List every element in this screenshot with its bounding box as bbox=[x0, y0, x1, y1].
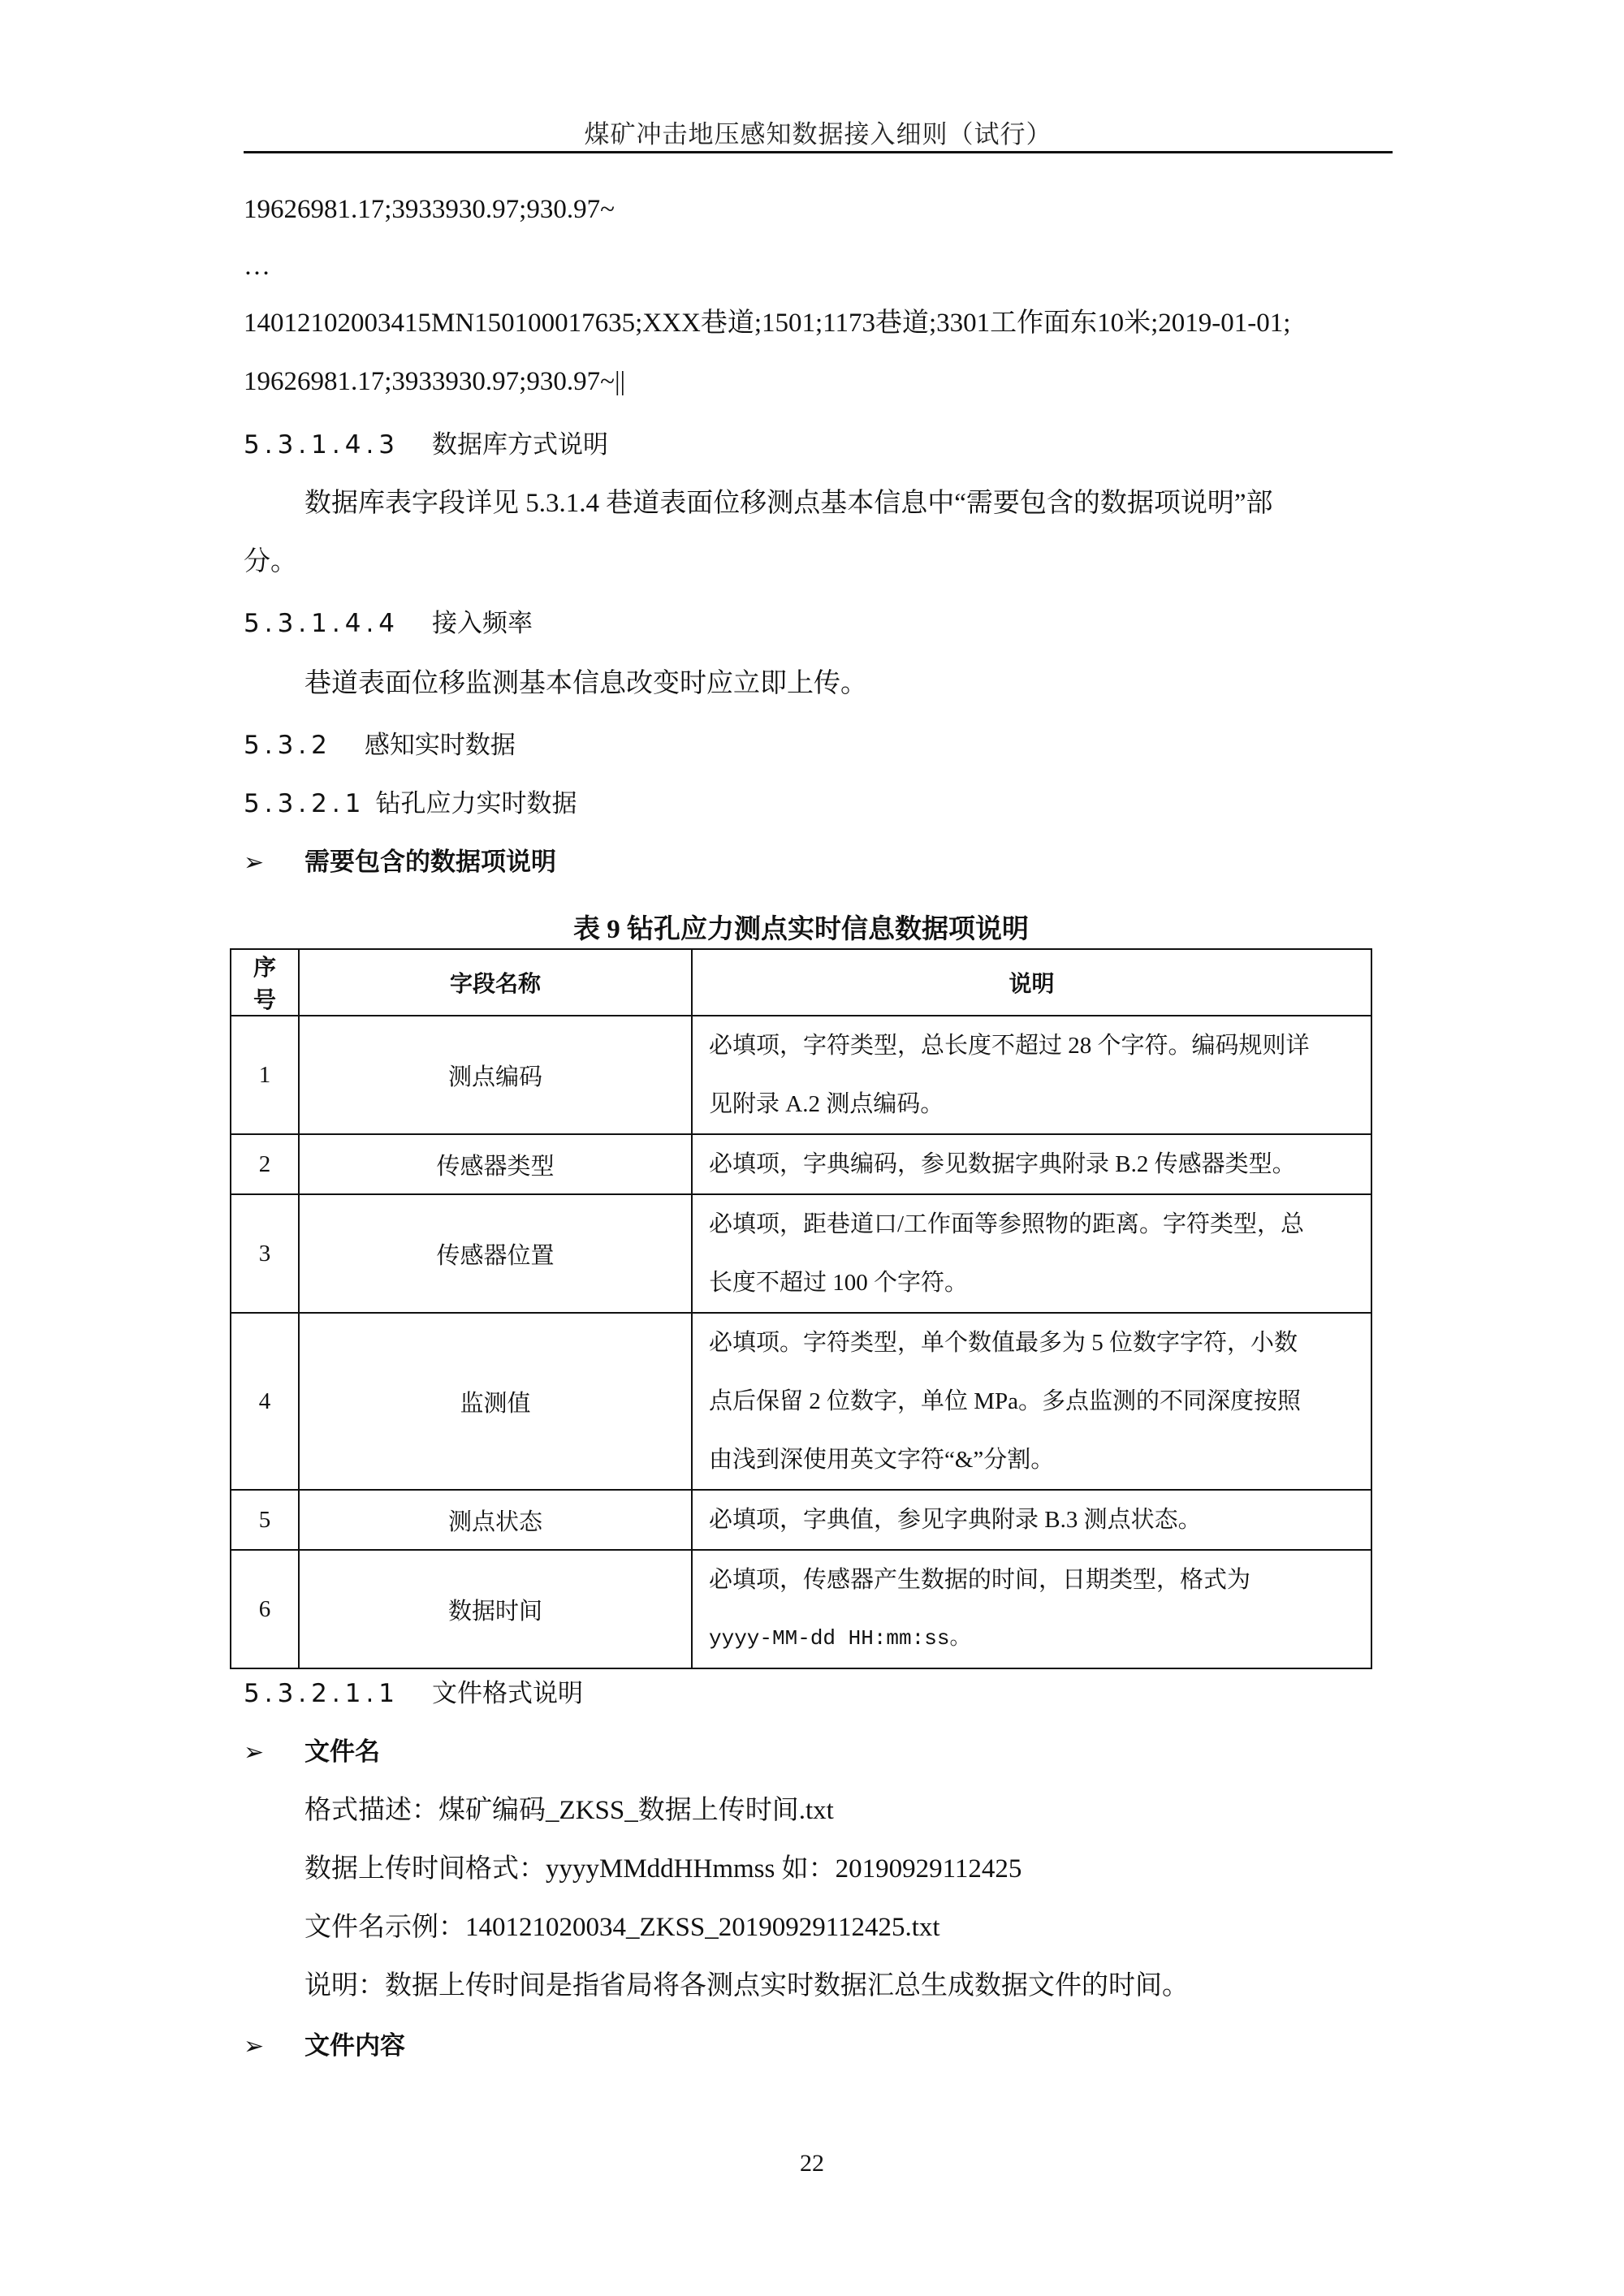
desc-line: 必填项，字符类型，总长度不超过 28 个字符。编码规则详 bbox=[709, 1016, 1354, 1075]
heading-5-3-2-1-1: 5.3.2.1.1文件格式说明 bbox=[244, 1677, 583, 1710]
table-row: 5 测点状态 必填项，字典值，参见字典附录 B.3 测点状态。 bbox=[231, 1490, 1371, 1550]
section-title: 数据库方式说明 bbox=[432, 430, 608, 460]
desc-line: 必填项，传感器产生数据的时间，日期类型，格式为 bbox=[709, 1551, 1354, 1609]
section-number: 5.3.2.1.1 bbox=[244, 1677, 400, 1710]
header-description: 说明 bbox=[692, 949, 1371, 1016]
cell-description: 必填项，字典编码，参见数据字典附录 B.2 传感器类型。 bbox=[692, 1134, 1371, 1194]
bullet-file-content: ➢文件内容 bbox=[244, 2030, 405, 2063]
cell-description: 必填项，传感器产生数据的时间，日期类型，格式为yyyy-MM-dd HH:mm:… bbox=[692, 1550, 1371, 1668]
bullet-file-name: ➢文件名 bbox=[244, 1736, 380, 1769]
cell-description: 必填项。字符类型，单个数值最多为 5 位数字字符，小数点后保留 2 位数字，单位… bbox=[692, 1313, 1371, 1490]
example-line-2: 14012102003415MN150100017635;XXX巷道;1501;… bbox=[244, 307, 1290, 339]
desc-line: 点后保留 2 位数字，单位 MPa。多点监测的不同深度按照 bbox=[709, 1372, 1354, 1431]
table-row: 2 传感器类型 必填项，字典编码，参见数据字典附录 B.2 传感器类型。 bbox=[231, 1134, 1371, 1194]
header-field-name: 字段名称 bbox=[299, 949, 692, 1016]
arrow-bullet-icon: ➢ bbox=[244, 1737, 304, 1769]
heading-5-3-2-1: 5.3.2.1钻孔应力实时数据 bbox=[244, 788, 577, 820]
data-items-table: 序号 字段名称 说明 1 测点编码 必填项，字符类型，总长度不超过 28 个字符… bbox=[230, 948, 1372, 1669]
table-row: 1 测点编码 必填项，字符类型，总长度不超过 28 个字符。编码规则详见附录 A… bbox=[231, 1016, 1371, 1134]
arrow-bullet-icon: ➢ bbox=[244, 2031, 304, 2063]
desc-line: yyyy-MM-dd HH:mm:ss。 bbox=[709, 1609, 1354, 1668]
section-title: 接入频率 bbox=[432, 609, 533, 638]
cell-field-name: 测点状态 bbox=[299, 1490, 692, 1550]
cell-field-name: 监测值 bbox=[299, 1313, 692, 1490]
cell-no: 1 bbox=[231, 1016, 299, 1134]
desc-line: 必填项，字典值，参见字典附录 B.3 测点状态。 bbox=[709, 1491, 1354, 1549]
cell-no: 4 bbox=[231, 1313, 299, 1490]
desc-line: 见附录 A.2 测点编码。 bbox=[709, 1075, 1354, 1133]
table-caption: 表 9 钻孔应力测点实时信息数据项说明 bbox=[230, 908, 1372, 946]
heading-5-3-1-4-3: 5.3.1.4.3数据库方式说明 bbox=[244, 429, 608, 461]
section-title: 文件格式说明 bbox=[432, 1679, 583, 1708]
section-title: 钻孔应力实时数据 bbox=[375, 789, 577, 818]
cell-field-name: 传感器类型 bbox=[299, 1134, 692, 1194]
upload-time-note: 说明：数据上传时间是指省局将各测点实时数据汇总生成数据文件的时间。 bbox=[304, 1970, 1189, 2002]
table-row: 4 监测值 必填项。字符类型，单个数值最多为 5 位数字字符，小数点后保留 2 … bbox=[231, 1313, 1371, 1490]
paragraph-db-fields-line2: 分。 bbox=[244, 546, 297, 578]
cell-field-name: 传感器位置 bbox=[299, 1194, 692, 1313]
example-line-3: 19626981.17;3933930.97;930.97~|| bbox=[244, 365, 625, 398]
file-name-example: 文件名示例：140121020034_ZKSS_20190929112425.t… bbox=[304, 1911, 940, 1944]
bullet-label: 文件名 bbox=[304, 1737, 380, 1767]
header-no: 序号 bbox=[231, 949, 299, 1016]
upload-time-format: 数据上传时间格式：yyyyMMddHHmmss 如：20190929112425 bbox=[304, 1853, 1021, 1885]
cell-description: 必填项，字符类型，总长度不超过 28 个字符。编码规则详见附录 A.2 测点编码… bbox=[692, 1016, 1371, 1134]
example-ellipsis: … bbox=[244, 250, 270, 283]
desc-line: 长度不超过 100 个字符。 bbox=[709, 1254, 1354, 1312]
heading-5-3-1-4-4: 5.3.1.4.4接入频率 bbox=[244, 607, 533, 640]
cell-no: 3 bbox=[231, 1194, 299, 1313]
paragraph-access-frequency: 巷道表面位移监测基本信息改变时应立即上传。 bbox=[304, 667, 867, 700]
cell-description: 必填项，字典值，参见字典附录 B.3 测点状态。 bbox=[692, 1490, 1371, 1550]
paragraph-db-fields-line1: 数据库表字段详见 5.3.1.4 巷道表面位移测点基本信息中“需要包含的数据项说… bbox=[304, 487, 1273, 520]
file-name-format: 格式描述：煤矿编码_ZKSS_数据上传时间.txt bbox=[304, 1794, 834, 1827]
desc-line: 必填项，距巷道口/工作面等参照物的距离。字符类型，总 bbox=[709, 1195, 1354, 1254]
desc-line: 必填项，字典编码，参见数据字典附录 B.2 传感器类型。 bbox=[709, 1135, 1354, 1193]
cell-no: 5 bbox=[231, 1490, 299, 1550]
arrow-bullet-icon: ➢ bbox=[244, 847, 304, 879]
section-number: 5.3.1.4.3 bbox=[244, 429, 400, 461]
header-rule bbox=[244, 151, 1393, 153]
cell-field-name: 测点编码 bbox=[299, 1016, 692, 1134]
cell-no: 6 bbox=[231, 1550, 299, 1668]
running-header: 煤矿冲击地压感知数据接入细则（试行） bbox=[244, 114, 1393, 150]
section-number: 5.3.2 bbox=[244, 729, 332, 762]
table-header-row: 序号 字段名称 说明 bbox=[231, 949, 1371, 1016]
desc-line: 必填项。字符类型，单个数值最多为 5 位数字字符，小数 bbox=[709, 1314, 1354, 1372]
section-number: 5.3.1.4.4 bbox=[244, 607, 400, 640]
bullet-label: 文件内容 bbox=[304, 2031, 405, 2061]
section-title: 感知实时数据 bbox=[365, 731, 516, 760]
page-number: 22 bbox=[0, 2150, 1624, 2177]
document-page: 煤矿冲击地压感知数据接入细则（试行） 19626981.17;3933930.9… bbox=[0, 0, 1624, 2296]
heading-5-3-2: 5.3.2感知实时数据 bbox=[244, 729, 516, 762]
cell-description: 必填项，距巷道口/工作面等参照物的距离。字符类型，总长度不超过 100 个字符。 bbox=[692, 1194, 1371, 1313]
table-row: 3 传感器位置 必填项，距巷道口/工作面等参照物的距离。字符类型，总长度不超过 … bbox=[231, 1194, 1371, 1313]
example-line-1: 19626981.17;3933930.97;930.97~ bbox=[244, 193, 615, 226]
section-number: 5.3.2.1 bbox=[244, 788, 365, 820]
bullet-data-items: ➢需要包含的数据项说明 bbox=[244, 846, 556, 879]
cell-no: 2 bbox=[231, 1134, 299, 1194]
desc-line: 由浅到深使用英文字符“&”分割。 bbox=[709, 1431, 1354, 1489]
bullet-label: 需要包含的数据项说明 bbox=[304, 848, 556, 877]
cell-field-name: 数据时间 bbox=[299, 1550, 692, 1668]
table-row: 6 数据时间 必填项，传感器产生数据的时间，日期类型，格式为yyyy-MM-dd… bbox=[231, 1550, 1371, 1668]
